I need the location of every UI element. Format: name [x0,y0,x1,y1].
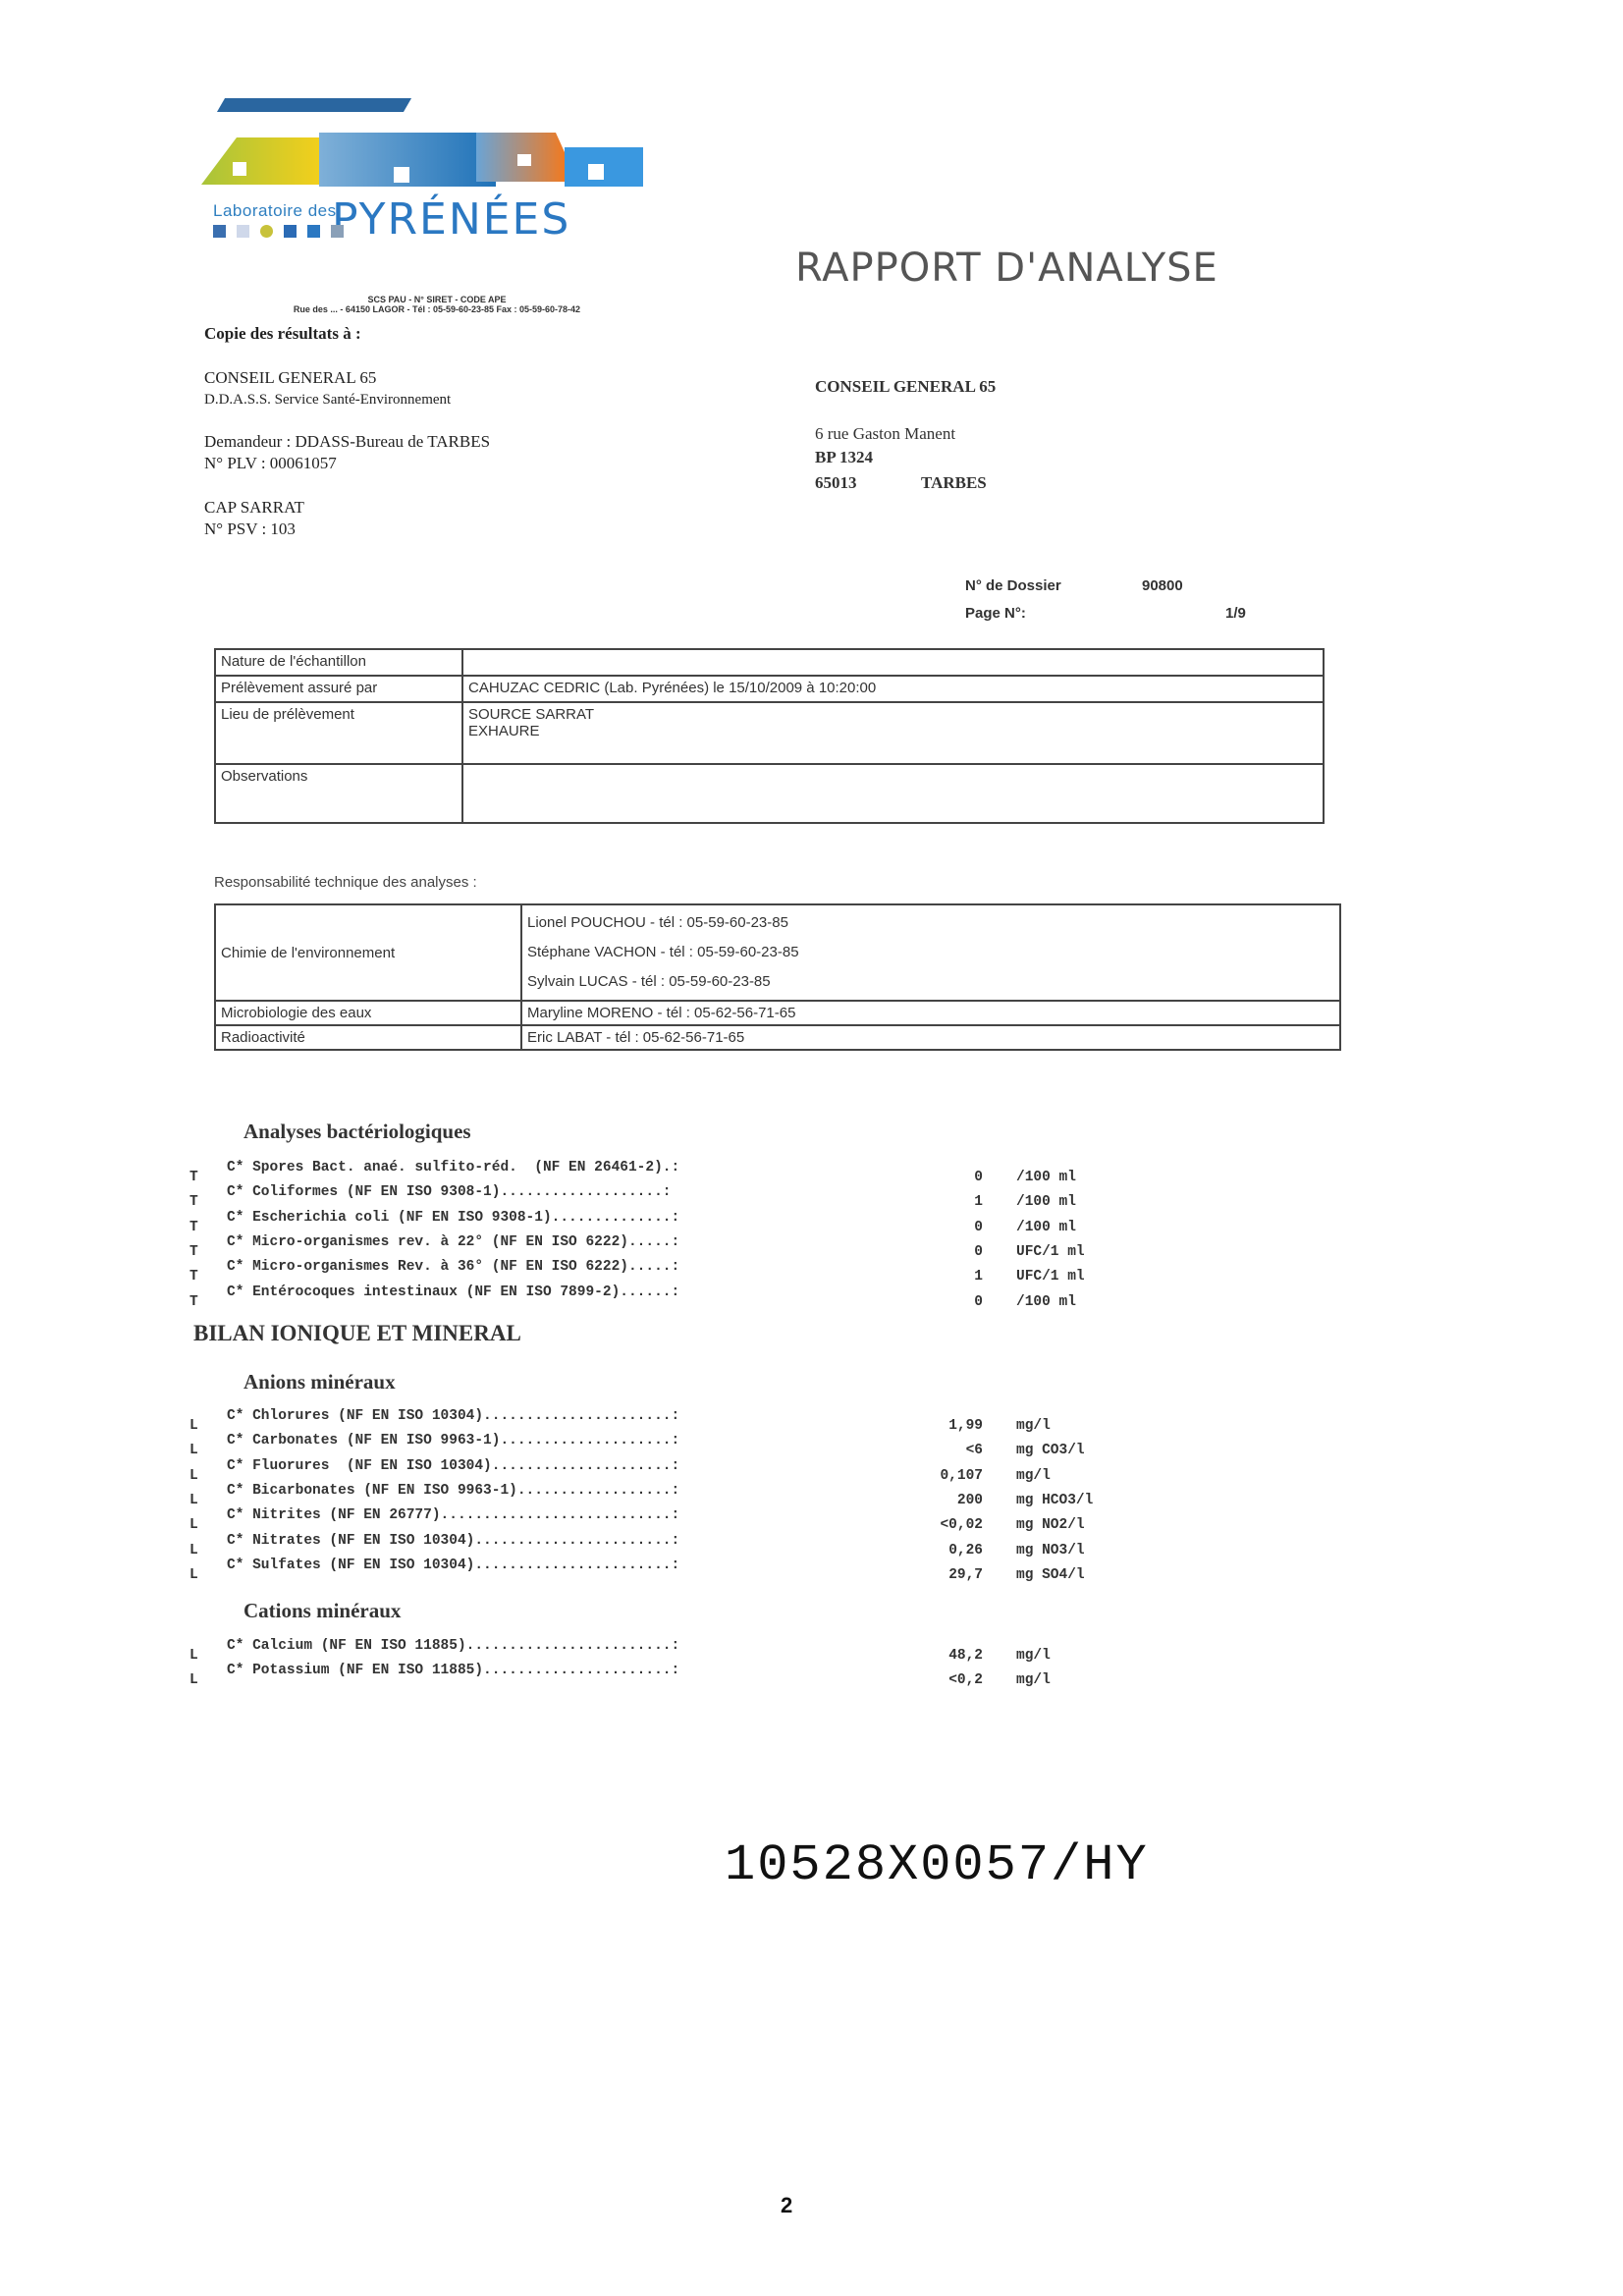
logo-band-yellow [201,137,319,185]
responsibility-people: Lionel POUCHOU - tél : 05-59-60-23-85 St… [521,904,1340,1001]
recipient-city: TARBES [921,471,987,495]
result-name: C* Entérocoques intestinaux (NF EN ISO 7… [227,1281,875,1305]
report-title: RAPPORT D'ANALYSE [795,246,1218,291]
result-name: C* Spores Bact. anaé. sulfito-réd. (NF E… [227,1156,875,1180]
logo-square [237,225,249,238]
sample-value-prelevement: CAHUZAC CEDRIC (Lab. Pyrénées) le 15/10/… [462,676,1324,702]
dossier-value: 90800 [1142,577,1250,605]
responsibility-table: Chimie de l'environnement Lionel POUCHOU… [214,903,1341,1051]
result-row: TC* Spores Bact. anaé. sulfito-réd. (NF … [189,1156,1076,1180]
logo-text-laboratoire: Laboratoire des [213,201,337,221]
responsibility-person: Sylvain LUCAS - tél : 05-59-60-23-85 [527,967,1334,997]
logo-band-light-blue [565,147,643,187]
responsibility-domain: Chimie de l'environnement [215,904,521,1001]
anions-heading: Anions minéraux [243,1370,396,1394]
copy-requester: Demandeur : DDASS-Bureau de TARBES [204,432,490,452]
page-value: 1/9 [1142,605,1333,632]
page-label: Page N°: [965,605,1142,632]
table-row: Radioactivité Eric LABAT - tél : 05-62-5… [215,1025,1340,1050]
result-row: LC* Bicarbonates (NF EN ISO 9963-1).....… [189,1479,1093,1503]
recipient-postcode: 65013 [815,471,857,495]
result-row: LC* Potassium (NF EN ISO 11885).........… [189,1659,1051,1683]
dossier-info: N° de Dossier90800 Page N°:1/9 [965,577,1333,632]
logo-window [394,167,409,183]
lab-address-line1: SCS PAU - N° SIRET - CODE APE [241,295,633,304]
sample-value-nature [462,649,1324,676]
responsibility-domain: Microbiologie des eaux [215,1001,521,1025]
recipient-street: 6 rue Gaston Manent [815,422,955,446]
logo-square [260,225,273,238]
copy-org: CONSEIL GENERAL 65 [204,368,376,388]
sample-label-lieu: Lieu de prélèvement [215,702,462,764]
result-value: <0,2 [875,1668,983,1693]
result-code: L [189,1563,227,1588]
result-name: C* Nitrates (NF EN ISO 10304)...........… [227,1529,875,1554]
result-row: TC* Entérocoques intestinaux (NF EN ISO … [189,1281,1076,1305]
responsibility-person: Maryline MORENO - tél : 05-62-56-71-65 [521,1001,1340,1025]
result-row: LC* Sulfates (NF EN ISO 10304)..........… [189,1554,1085,1578]
lab-logo: Laboratoire des PYRÉNÉES [201,93,643,250]
sample-label-nature: Nature de l'échantillon [215,649,462,676]
result-name: C* Carbonates (NF EN ISO 9963-1)........… [227,1429,875,1453]
recipient-bp: BP 1324 [815,446,873,469]
logo-window [588,164,604,180]
responsibility-person: Stéphane VACHON - tél : 05-59-60-23-85 [527,938,1334,967]
lab-address: SCS PAU - N° SIRET - CODE APE Rue des ..… [241,295,633,314]
result-unit: /100 ml [983,1290,1076,1315]
sample-label-prelevement: Prélèvement assuré par [215,676,462,702]
result-row: LC* Nitrates (NF EN ISO 10304)..........… [189,1529,1085,1554]
result-code: T [189,1290,227,1315]
logo-icon-squares [213,225,344,238]
sample-table: Nature de l'échantillon Prélèvement assu… [214,648,1325,824]
result-name: C* Bicarbonates (NF EN ISO 9963-1)......… [227,1479,875,1503]
result-code: L [189,1668,227,1693]
bilan-heading: BILAN IONIQUE ET MINERAL [193,1321,521,1346]
sample-value-lieu: SOURCE SARRAT EXHAURE [462,702,1324,764]
reference-code: 10528X0057/HY [725,1836,1149,1894]
result-unit: mg SO4/l [983,1563,1085,1588]
logo-text-pyrenees: PYRÉNÉES [332,194,570,245]
table-row: Lieu de prélèvement SOURCE SARRAT EXHAUR… [215,702,1324,764]
logo-window [517,154,531,166]
result-row: TC* Escherichia coli (NF EN ISO 9308-1).… [189,1206,1076,1230]
result-row: TC* Micro-organismes Rev. à 36° (NF EN I… [189,1255,1085,1280]
result-row: LC* Nitrites (NF EN 26777)..............… [189,1503,1085,1528]
dossier-label: N° de Dossier [965,577,1142,605]
sample-value-observations [462,764,1324,823]
bacterio-heading: Analyses bactériologiques [243,1120,471,1144]
table-row: Prélèvement assuré par CAHUZAC CEDRIC (L… [215,676,1324,702]
result-name: C* Chlorures (NF EN ISO 10304)..........… [227,1404,875,1429]
result-row: TC* Micro-organismes rev. à 22° (NF EN I… [189,1230,1085,1255]
copy-plv: N° PLV : 00061057 [204,454,337,473]
sample-value-lieu-line2: EXHAURE [468,723,1318,739]
responsibility-person: Lionel POUCHOU - tél : 05-59-60-23-85 [527,908,1334,938]
result-name: C* Coliformes (NF EN ISO 9308-1)........… [227,1180,875,1205]
logo-square [331,225,344,238]
result-row: LC* Fluorures (NF EN ISO 10304).........… [189,1454,1051,1479]
result-row: TC* Coliformes (NF EN ISO 9308-1).......… [189,1180,1076,1205]
result-unit: mg/l [983,1668,1051,1693]
logo-plane-shape [217,98,411,112]
result-row: LC* Calcium (NF EN ISO 11885)...........… [189,1634,1051,1659]
result-value: 29,7 [875,1563,983,1588]
recipient-org: CONSEIL GENERAL 65 [815,375,996,399]
logo-square [284,225,297,238]
copy-psv: N° PSV : 103 [204,519,296,539]
result-row: LC* Chlorures (NF EN ISO 10304).........… [189,1404,1051,1429]
copy-service: D.D.A.S.S. Service Santé-Environnement [204,390,451,410]
copy-heading: Copie des résultats à : [204,324,361,344]
logo-square [307,225,320,238]
result-name: C* Potassium (NF EN ISO 11885)..........… [227,1659,875,1683]
table-row: Microbiologie des eaux Maryline MORENO -… [215,1001,1340,1025]
result-name: C* Micro-organismes rev. à 22° (NF EN IS… [227,1230,875,1255]
lab-address-line2: Rue des ... - 64150 LAGOR - Tél : 05-59-… [241,304,633,314]
page-number: 2 [781,2193,792,2218]
sample-value-lieu-line1: SOURCE SARRAT [468,706,1318,723]
logo-square [213,225,226,238]
responsibility-heading: Responsabilité technique des analyses : [214,874,477,891]
responsibility-domain: Radioactivité [215,1025,521,1050]
logo-window [233,162,246,176]
result-name: C* Calcium (NF EN ISO 11885)............… [227,1634,875,1659]
result-row: LC* Carbonates (NF EN ISO 9963-1).......… [189,1429,1085,1453]
result-name: C* Fluorures (NF EN ISO 10304)..........… [227,1454,875,1479]
table-row: Chimie de l'environnement Lionel POUCHOU… [215,904,1340,1001]
table-row: Nature de l'échantillon [215,649,1324,676]
copy-site: CAP SARRAT [204,498,304,518]
responsibility-person: Eric LABAT - tél : 05-62-56-71-65 [521,1025,1340,1050]
result-name: C* Escherichia coli (NF EN ISO 9308-1)..… [227,1206,875,1230]
table-row: Observations [215,764,1324,823]
result-name: C* Micro-organismes Rev. à 36° (NF EN IS… [227,1255,875,1280]
result-name: C* Nitrites (NF EN 26777)...............… [227,1503,875,1528]
result-value: 0 [875,1290,983,1315]
cations-heading: Cations minéraux [243,1599,401,1623]
sample-label-observations: Observations [215,764,462,823]
result-name: C* Sulfates (NF EN ISO 10304)...........… [227,1554,875,1578]
